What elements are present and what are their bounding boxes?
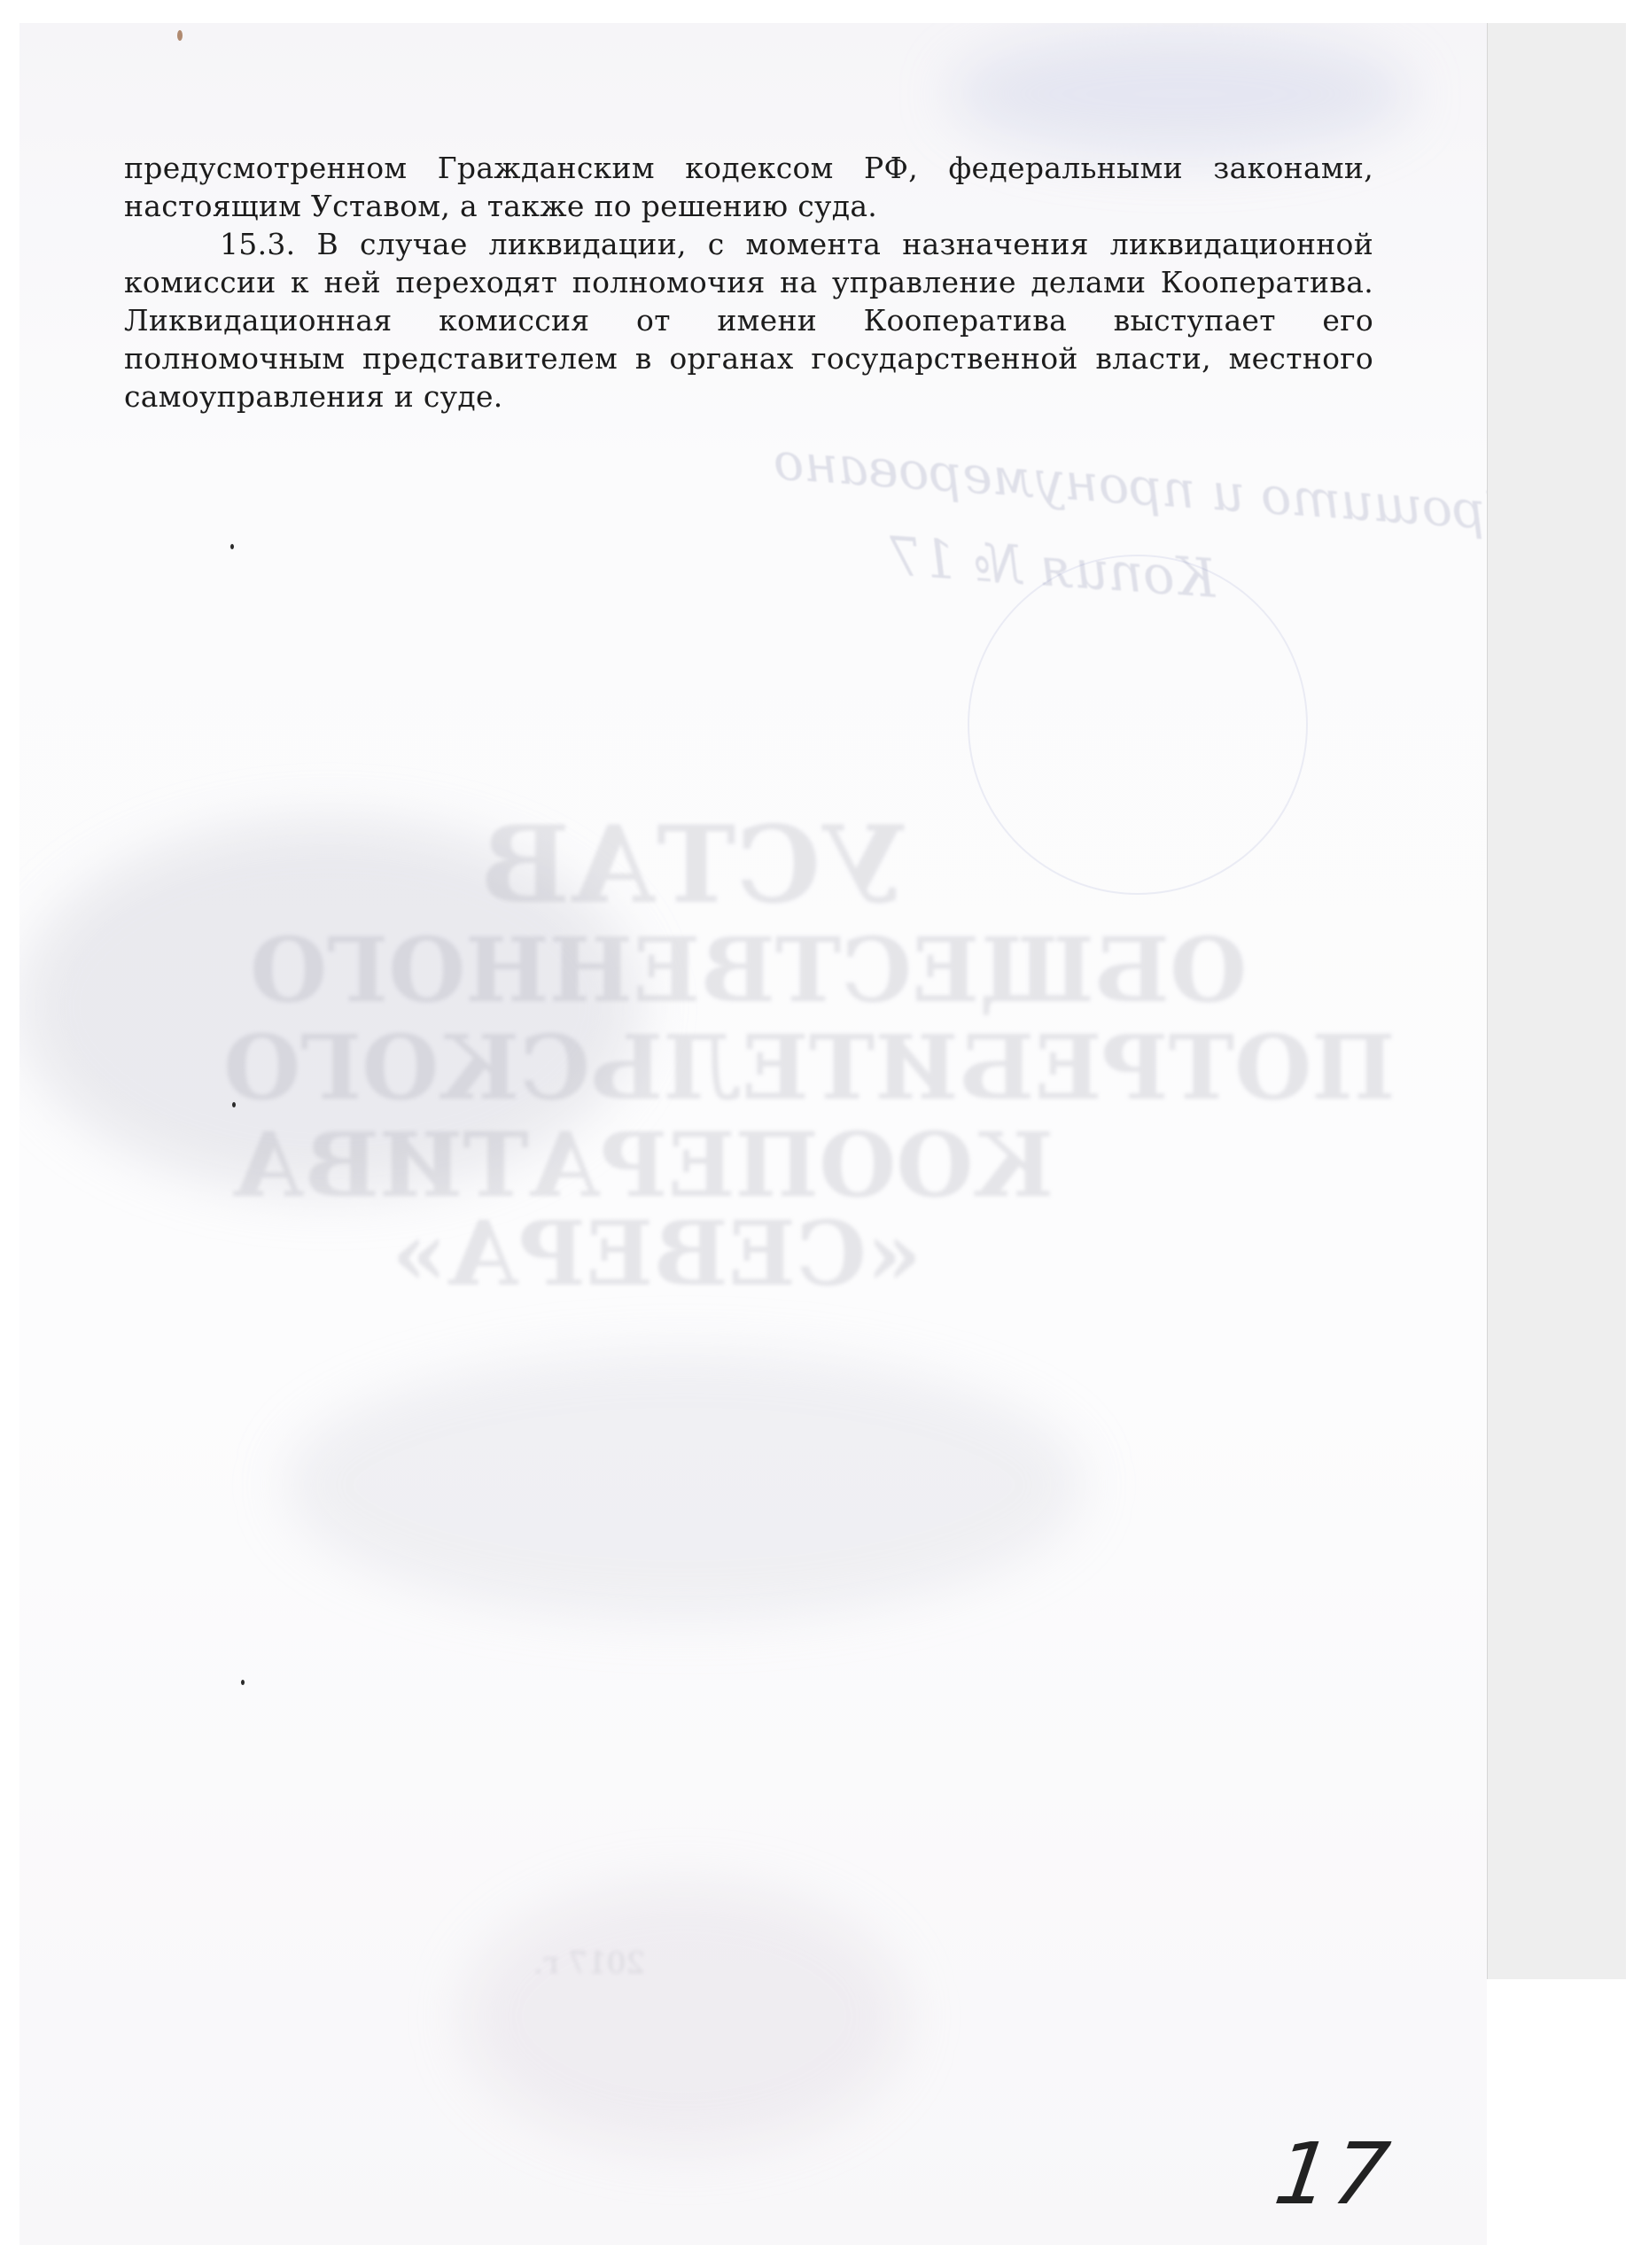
bleed-title-line: «СЕВЕРА» [392,1201,922,1306]
scan-speck [230,544,234,549]
bleed-title-line: УСТАВ [480,803,906,928]
underlying-sheet-edge [1487,23,1626,1979]
bleed-handwriting: Прошито и пронумеровано [772,431,1487,544]
bleed-title-line: ОБЩЕСТВЕННОГО [250,918,1247,1022]
scan-speck [232,1102,236,1107]
scan-speck [241,1680,245,1685]
handwritten-page-number: 17 [1269,2124,1398,2224]
scan-speck [177,30,183,41]
bleed-year: 2017 г. [533,1946,645,1981]
paragraph-15-3: 15.3. В случае ликвидации, с момента наз… [124,225,1373,416]
crease-shadow [285,1352,1083,1618]
bleed-stamp-circle [968,555,1308,895]
bleed-handwriting: Копия № 17 [886,525,1218,610]
bleed-title-line: ПОТРЕБИТЕЛЬСКОГО [223,1015,1396,1120]
crease-shadow [463,1884,906,2149]
bleed-stamp-shadow [950,32,1411,156]
paragraph-continuation: предусмотренном Гражданским кодексом РФ,… [124,149,1373,225]
document-body: предусмотренном Гражданским кодексом РФ,… [124,149,1373,416]
